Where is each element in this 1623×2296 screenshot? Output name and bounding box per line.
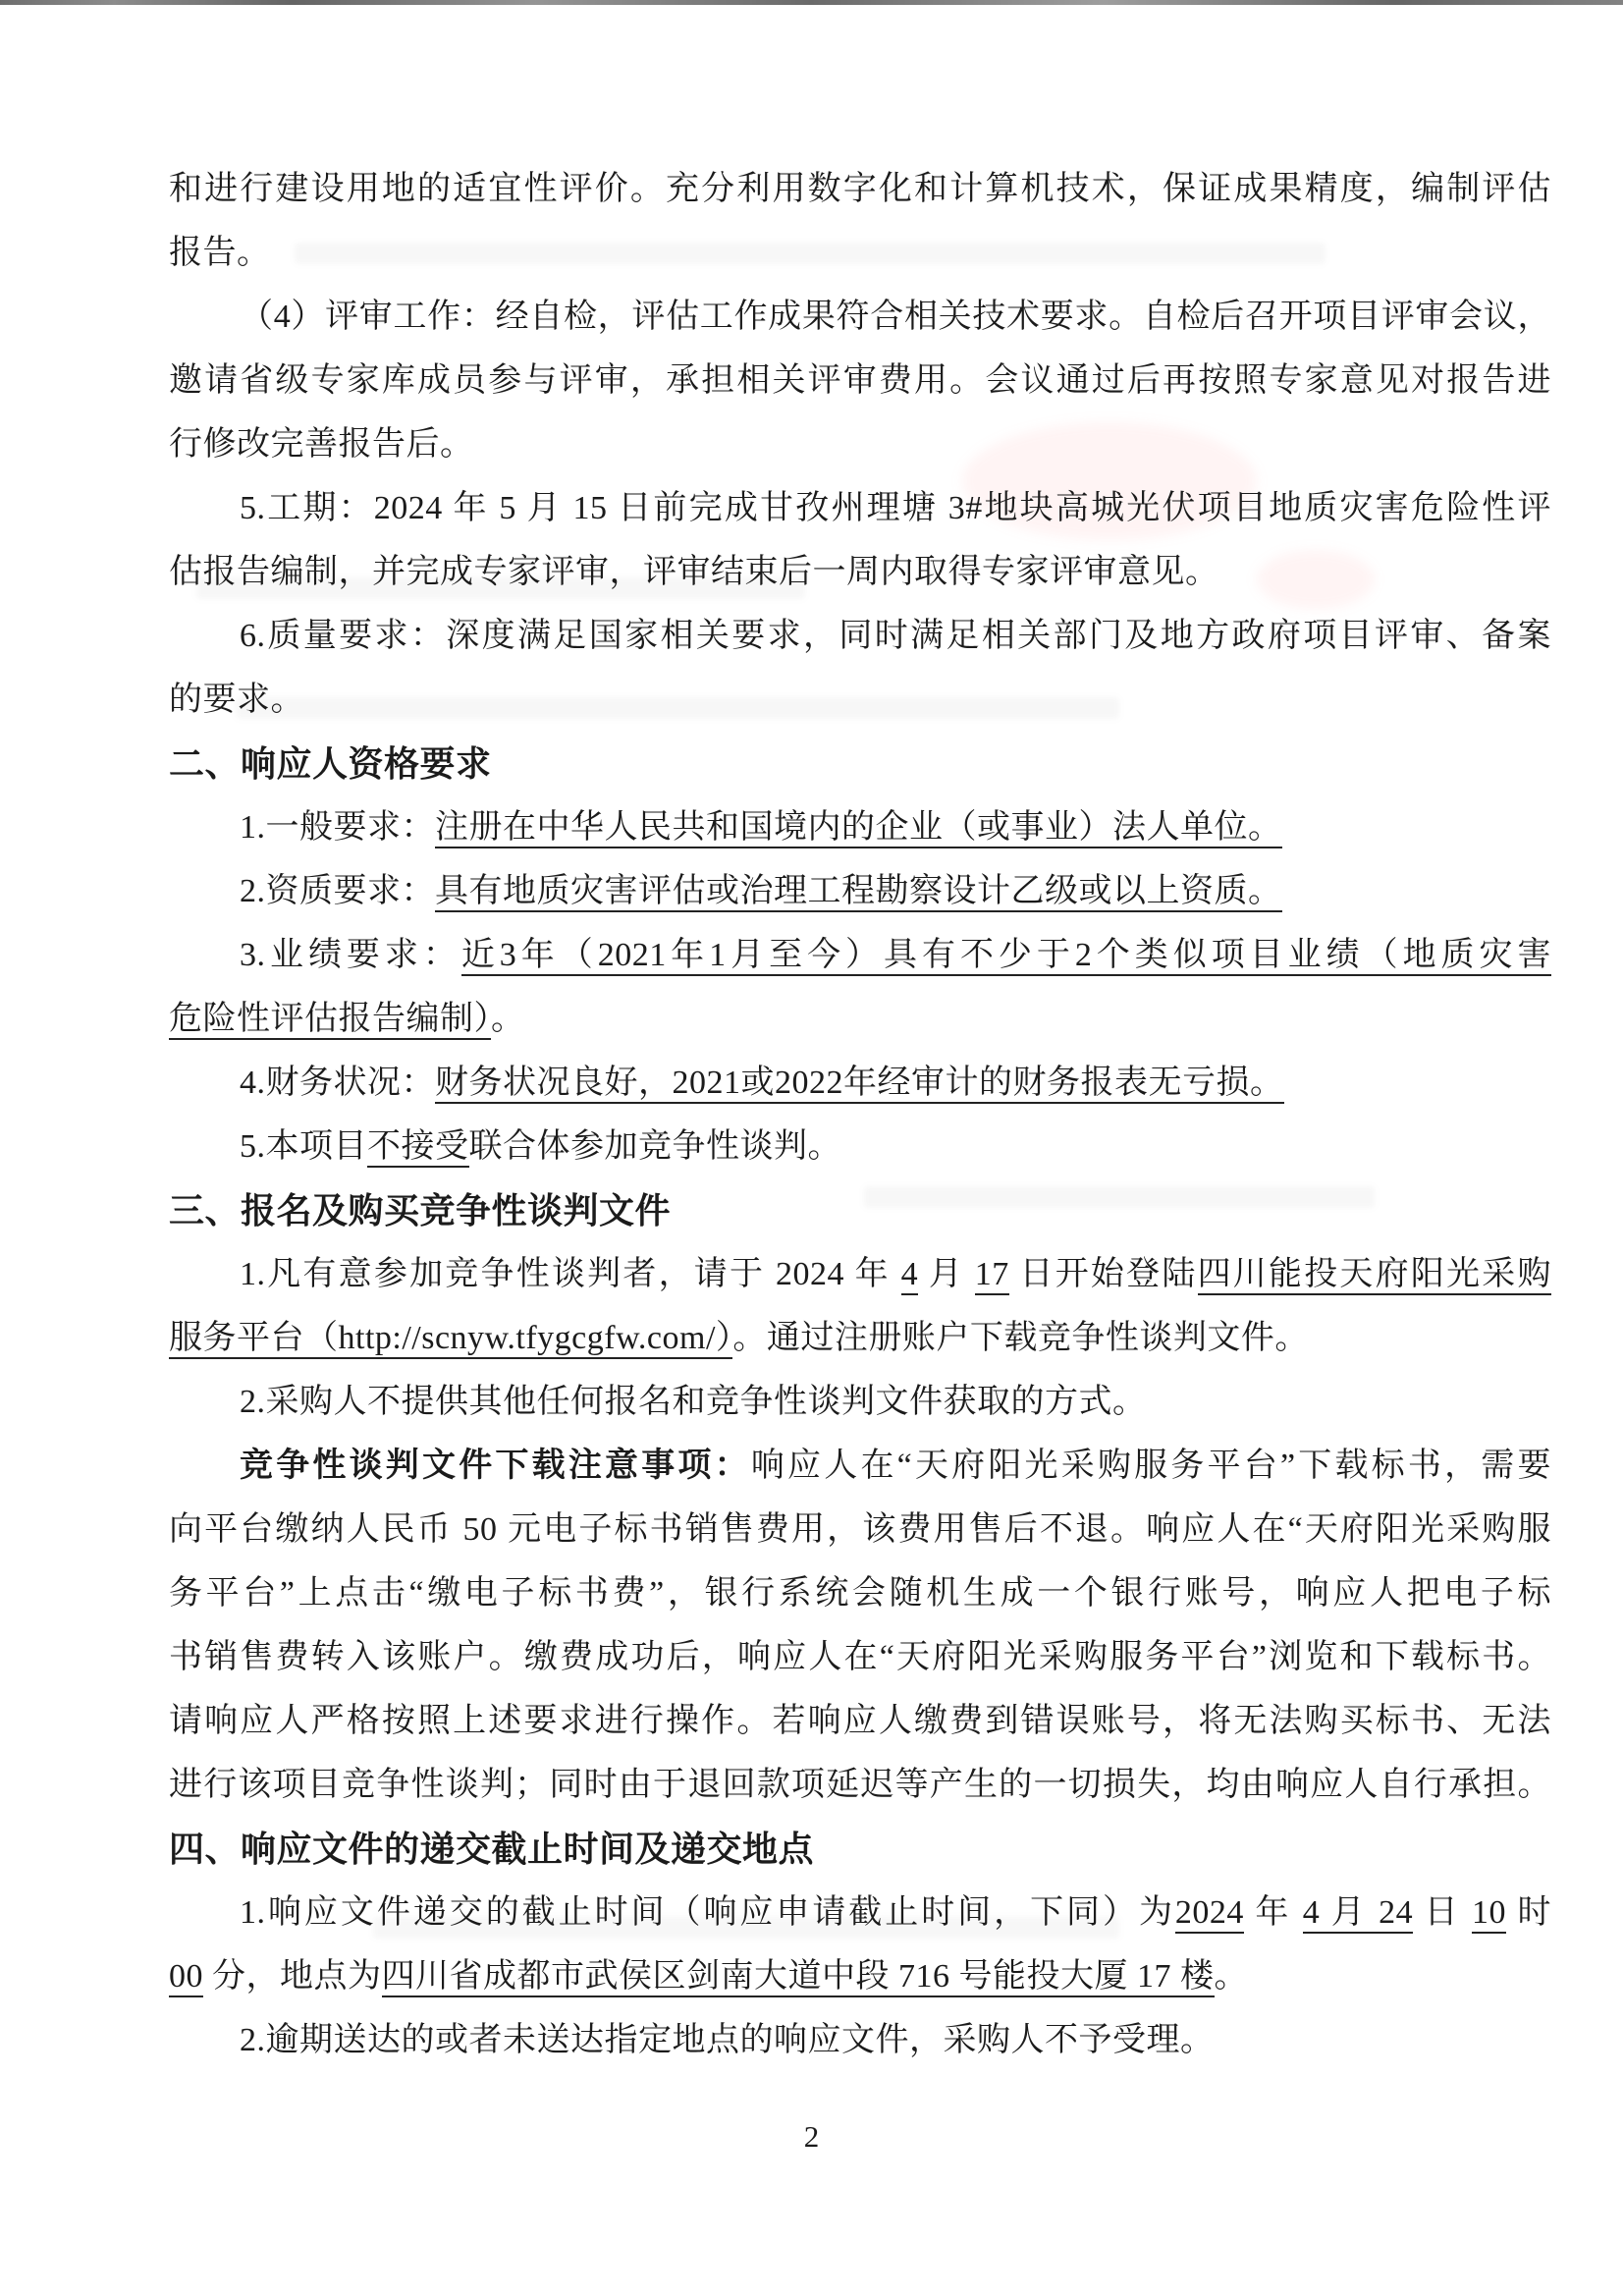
text-run: 月 [918,1256,975,1292]
text-run: 日开始登陆 [1009,1256,1198,1292]
text-run: 。 [1215,1958,1249,1995]
text-line: 1.响应文件递交的截止时间（响应申请截止时间，下同）为2024 年 4 月 24… [169,1881,1551,1944]
filled-in-text: 服务平台（http://scnyw.tfygcgfw.com/） [169,1320,732,1359]
text-line: 估报告编制，并完成专家评审，评审结束后一周内取得专家评审意见。 [169,540,1551,604]
filled-in-text: 具有地质灾害评估或治理工程勘察设计乙级或以上资质。 [435,873,1282,912]
text-line: 请响应人严格按照上述要求进行操作。若响应人缴费到错误账号，将无法购买标书、无法 [169,1689,1551,1753]
text-run: 估报告编制，并完成专家评审，评审结束后一周内取得专家评审意见。 [169,554,1219,590]
text-run: 邀请省级专家库成员参与评审，承担相关评审费用。会议通过后再按照专家意见对报告进 [169,362,1551,399]
text-run: 行修改完善报告后。 [169,426,474,463]
scanned-document-page: 和进行建设用地的适宜性评价。充分利用数字化和计算机技术，保证成果精度，编制评估报… [0,0,1623,2296]
text-line: 2.资质要求：具有地质灾害评估或治理工程勘察设计乙级或以上资质。 [169,859,1551,923]
text-line: 务平台”上点击“缴电子标书费”，银行系统会随机生成一个银行账号，响应人把电子标 [169,1561,1551,1625]
text-line: （4）评审工作：经自检，评估工作成果符合相关技术要求。自检后召开项目评审会议， [169,285,1551,349]
text-line: 5.本项目不接受联合体参加竞争性谈判。 [169,1115,1551,1178]
section-heading: 四、响应文件的递交截止时间及递交地点 [169,1817,1551,1881]
filled-in-text: 注册在中华人民共和国境内的企业（或事业）法人单位。 [435,809,1282,848]
text-run: 和进行建设用地的适宜性评价。充分利用数字化和计算机技术，保证成果精度，编制评估 [169,171,1551,207]
text-line: 2.逾期送达的或者未送达指定地点的响应文件，采购人不予受理。 [169,2008,1551,2072]
text-line: 危险性评估报告编制）。 [169,987,1551,1051]
filled-in-text: 00 [169,1958,203,1997]
text-line: 6.质量要求：深度满足国家相关要求，同时满足相关部门及地方政府项目评审、备案 [169,604,1551,668]
text-run: 分，地点为 [203,1958,382,1995]
text-line: 的要求。 [169,668,1551,732]
text-run: 务平台”上点击“缴电子标书费”，银行系统会随机生成一个银行账号，响应人把电子标 [169,1575,1551,1612]
text-run: 的要求。 [169,682,304,718]
document-body: 和进行建设用地的适宜性评价。充分利用数字化和计算机技术，保证成果精度，编制评估报… [169,157,1551,2072]
filled-in-text: 四川能投天府阳光采购 [1198,1256,1551,1295]
text-run: 4.财务状况： [240,1065,435,1101]
section-heading: 二、响应人资格要求 [169,732,1551,795]
text-run: （4）评审工作：经自检，评估工作成果符合相关技术要求。自检后召开项目评审会议， [240,299,1551,335]
filled-in-text: 四川省成都市武侯区剑南大道中段 716 号能投大厦 17 楼 [382,1958,1215,1997]
text-line: 竞争性谈判文件下载注意事项：响应人在“天府阳光采购服务平台”下载标书，需要 [169,1434,1551,1498]
filled-in-text: 4 月 24 [1303,1894,1413,1934]
text-line: 向平台缴纳人民币 50 元电子标书销售费用，该费用售后不退。响应人在“天府阳光采… [169,1498,1551,1561]
text-line: 1.一般要求：注册在中华人民共和国境内的企业（或事业）法人单位。 [169,795,1551,859]
text-run: 1.响应文件递交的截止时间（响应申请截止时间，下同）为 [240,1894,1175,1931]
text-run: 5.工期：2024 年 5 月 15 日前完成甘孜州理塘 3#地块高城光伏项目地… [240,490,1551,526]
text-run: 1.一般要求： [240,809,435,846]
text-line: 4.财务状况：财务状况良好，2021或2022年经审计的财务报表无亏损。 [169,1051,1551,1115]
text-run: 书销售费转入该账户。缴费成功后，响应人在“天府阳光采购服务平台”浏览和下载标书。 [169,1639,1551,1675]
text-run: 四、响应文件的递交截止时间及递交地点 [169,1829,814,1869]
text-line: 书销售费转入该账户。缴费成功后，响应人在“天府阳光采购服务平台”浏览和下载标书。 [169,1625,1551,1689]
text-run: 日 [1413,1894,1472,1931]
text-run: 5.本项目 [240,1128,367,1165]
text-run: 2.资质要求： [240,873,435,909]
page-number: 2 [0,2119,1623,2155]
text-run: 三、报名及购买竞争性谈判文件 [169,1190,671,1230]
text-run: 时 [1506,1894,1551,1931]
text-run: 请响应人严格按照上述要求进行操作。若响应人缴费到错误账号，将无法购买标书、无法 [169,1703,1551,1739]
text-run: 6.质量要求：深度满足国家相关要求，同时满足相关部门及地方政府项目评审、备案 [240,618,1551,654]
text-run: 。通过注册账户下载竞争性谈判文件。 [732,1320,1309,1356]
text-run: 。 [491,1001,525,1037]
text-line: 行修改完善报告后。 [169,412,1551,476]
text-line: 2.采购人不提供其他任何报名和竞争性谈判文件获取的方式。 [169,1370,1551,1434]
filled-in-text: 不接受 [367,1128,469,1168]
text-run: 二、响应人资格要求 [169,743,492,784]
text-line: 和进行建设用地的适宜性评价。充分利用数字化和计算机技术，保证成果精度，编制评估 [169,157,1551,221]
text-line: 1.凡有意参加竞争性谈判者，请于 2024 年 4 月 17 日开始登陆四川能投… [169,1242,1551,1306]
text-run: 报告。 [169,235,271,271]
text-line: 5.工期：2024 年 5 月 15 日前完成甘孜州理塘 3#地块高城光伏项目地… [169,476,1551,540]
text-run: 2.采购人不提供其他任何报名和竞争性谈判文件获取的方式。 [240,1384,1147,1420]
text-run: 竞争性谈判文件下载注意事项： [240,1447,751,1484]
filled-in-text: 2024 [1175,1894,1244,1934]
filled-in-text: 4 [901,1256,919,1295]
text-line: 00 分，地点为四川省成都市武侯区剑南大道中段 716 号能投大厦 17 楼。 [169,1944,1551,2008]
filled-in-text: 财务状况良好，2021或2022年经审计的财务报表无亏损。 [435,1065,1284,1104]
filled-in-text: 10 [1472,1894,1506,1934]
text-line: 报告。 [169,221,1551,285]
text-line: 服务平台（http://scnyw.tfygcgfw.com/）。通过注册账户下… [169,1306,1551,1370]
text-run: 向平台缴纳人民币 50 元电子标书销售费用，该费用售后不退。响应人在“天府阳光采… [169,1511,1551,1548]
text-line: 邀请省级专家库成员参与评审，承担相关评审费用。会议通过后再按照专家意见对报告进 [169,349,1551,412]
text-run: 3.业绩要求： [240,937,461,973]
section-heading: 三、报名及购买竞争性谈判文件 [169,1178,1551,1242]
text-run: 响应人在“天府阳光采购服务平台”下载标书，需要 [751,1448,1551,1484]
text-line: 3.业绩要求：近3年（2021年1月至今）具有不少于2个类似项目业绩（地质灾害 [169,923,1551,987]
filled-in-text: 危险性评估报告编制） [169,1001,491,1040]
text-run: 1.凡有意参加竞争性谈判者，请于 2024 年 [240,1256,901,1292]
text-run: 进行该项目竞争性谈判；同时由于退回款项延迟等产生的一切损失，均由响应人自行承担。 [169,1767,1551,1803]
text-line: 进行该项目竞争性谈判；同时由于退回款项延迟等产生的一切损失，均由响应人自行承担。 [169,1753,1551,1817]
text-run: 年 [1244,1894,1303,1931]
scan-edge-artifact [0,0,1623,5]
filled-in-text: 17 [975,1256,1009,1295]
filled-in-text: 近3年（2021年1月至今）具有不少于2个类似项目业绩（地质灾害 [461,937,1551,976]
text-run: 联合体参加竞争性谈判。 [469,1128,842,1165]
text-run: 2.逾期送达的或者未送达指定地点的响应文件，采购人不予受理。 [240,2022,1215,2058]
